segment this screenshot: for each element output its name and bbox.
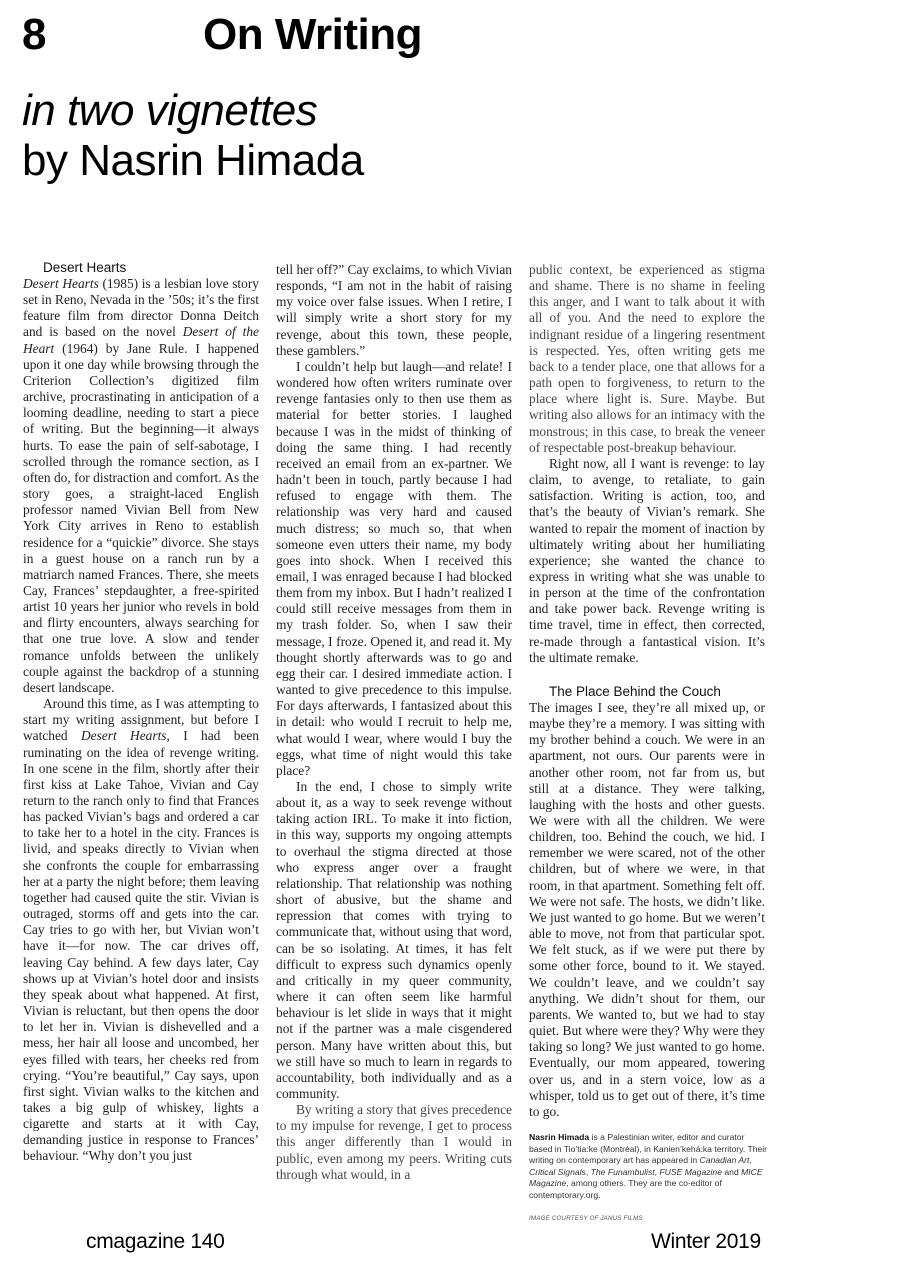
article-subtitle: in two vignettes — [22, 86, 364, 136]
paragraph-continued: tell her off?” Cay exclaims, to which Vi… — [276, 262, 512, 359]
publication: Critical Signals — [529, 1167, 586, 1177]
film-title: Desert Hearts — [23, 276, 99, 291]
paragraph: Right now, all I want is revenge: to lay… — [529, 456, 765, 666]
paragraph: In the end, I chose to simply write abou… — [276, 779, 512, 1102]
footer-magazine-issue: cmagazine 140 — [86, 1230, 225, 1254]
paragraph: Desert Hearts (1985) is a lesbian love s… — [23, 276, 259, 696]
column-1: Desert Hearts Desert Hearts (1985) is a … — [23, 259, 259, 1165]
author-bio: Nasrin Himada is a Palestinian writer, e… — [529, 1132, 769, 1202]
publication: Canadian Art — [700, 1155, 750, 1165]
text-run: , I had been ruminating on the idea of r… — [23, 728, 259, 1163]
text-run: , — [749, 1155, 751, 1165]
publication: The Funambulist — [591, 1167, 655, 1177]
article-title: in two vignettes by Nasrin Himada — [22, 86, 364, 186]
text-run: and — [722, 1167, 741, 1177]
vignette-heading: The Place Behind the Couch — [549, 683, 765, 700]
image-credit: Image courtesy of Janus Films — [529, 1211, 765, 1227]
column-2: tell her off?” Cay exclaims, to which Vi… — [276, 262, 512, 1183]
paragraph: The images I see, they’re all mixed up, … — [529, 700, 765, 1120]
paragraph: Around this time, as I was attempting to… — [23, 696, 259, 1165]
paragraph: By writing a story that gives precedence… — [276, 1102, 512, 1183]
text-run: (1964) by Jane Rule. I happened upon it … — [23, 341, 259, 695]
byline: by Nasrin Himada — [22, 136, 364, 186]
page-number: 8 — [22, 10, 46, 60]
paragraph: I couldn’t help but laugh—and relate! I … — [276, 359, 512, 779]
section-title: On Writing — [203, 10, 422, 60]
vignette-heading: Desert Hearts — [43, 259, 259, 276]
footer-season: Winter 2019 — [651, 1230, 761, 1254]
publication: FUSE Magazine — [659, 1167, 722, 1177]
author-name: Nasrin Himada — [529, 1132, 589, 1142]
paragraph-continued: public context, be experienced as stigma… — [529, 262, 765, 456]
column-3: public context, be experienced as stigma… — [529, 262, 765, 1227]
film-title: Desert Hearts — [81, 728, 167, 743]
